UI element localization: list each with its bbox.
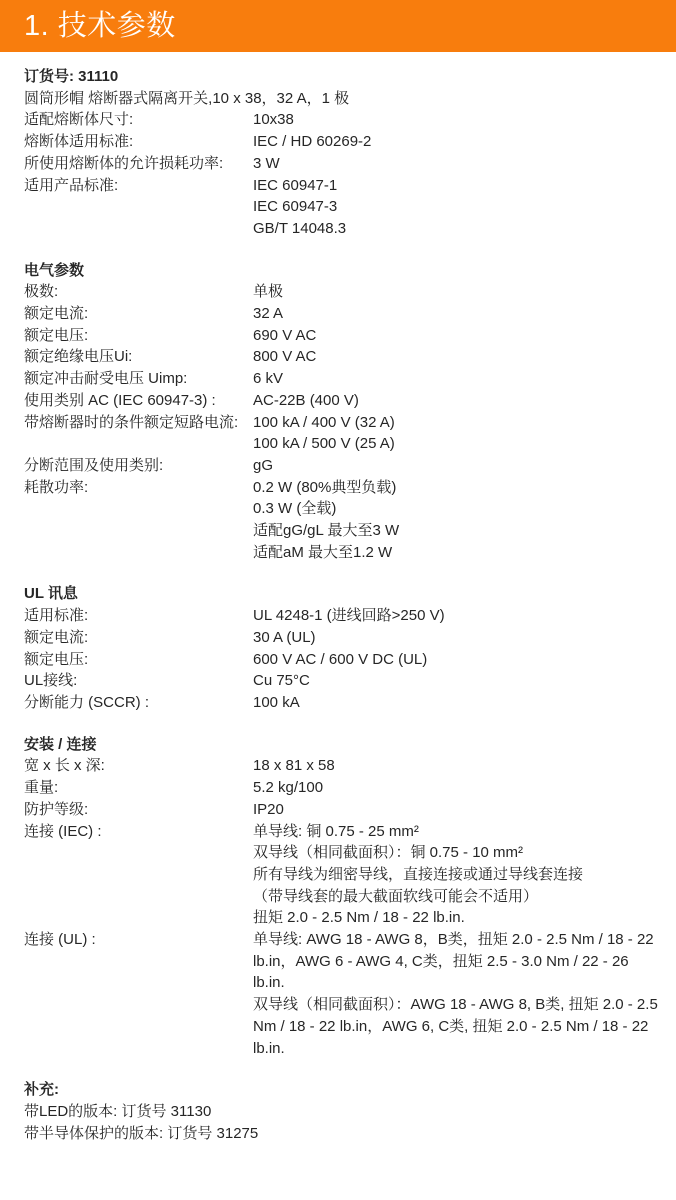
spec-label: 额定绝缘电压Ui: <box>24 346 253 368</box>
spec-row: 带熔断器时的条件额定短路电流:100 kA / 400 V (32 A)100 … <box>24 412 660 455</box>
spec-section-title: UL 讯息 <box>24 583 660 605</box>
spec-label: 额定电压: <box>24 649 253 671</box>
spec-value-line: 0.3 W (全载) <box>253 498 660 520</box>
spec-value: AC-22B (400 V) <box>253 390 660 412</box>
spec-value-line: IEC 60947-1 <box>253 175 660 197</box>
spec-value-line: 10x38 <box>253 109 660 131</box>
spec-row: 额定冲击耐受电压 Uimp:6 kV <box>24 368 660 390</box>
spec-row: 适用标准:UL 4248-1 (进线回路>250 V) <box>24 605 660 627</box>
spec-value: 30 A (UL) <box>253 627 660 649</box>
spec-label: 适用产品标准: <box>24 175 253 197</box>
spec-label: 额定冲击耐受电压 Uimp: <box>24 368 253 390</box>
spec-value-line: IEC 60947-3 <box>253 196 660 218</box>
spec-label: 额定电压: <box>24 325 253 347</box>
spec-value-line: 适配gG/gL 最大至3 W <box>253 520 660 542</box>
page-header-bar: 1. 技术参数 <box>0 0 676 52</box>
spec-label: 适配熔断体尺寸: <box>24 109 253 131</box>
spec-value: 800 V AC <box>253 346 660 368</box>
spec-value-line: 690 V AC <box>253 325 660 347</box>
spec-value-line: 32 A <box>253 303 660 325</box>
spec-value-line: 100 kA / 400 V (32 A) <box>253 412 660 434</box>
spec-row: 适用产品标准:IEC 60947-1IEC 60947-3GB/T 14048.… <box>24 175 660 240</box>
spec-label: 重量: <box>24 777 253 799</box>
spec-value: 单导线: 铜 0.75 - 25 mm²双导线（相同截面积）：铜 0.75 - … <box>253 821 660 930</box>
spec-value-line: 适配aM 最大至1.2 W <box>253 542 660 564</box>
page-title: 1. 技术参数 <box>24 12 176 41</box>
spec-value: 100 kA / 400 V (32 A)100 kA / 500 V (25 … <box>253 412 660 455</box>
spec-value: 600 V AC / 600 V DC (UL) <box>253 649 660 671</box>
spec-value-line: 3 W <box>253 153 660 175</box>
spec-section-title: 补充: <box>24 1079 660 1101</box>
spec-value: 32 A <box>253 303 660 325</box>
spec-value: 单导线: AWG 18 - AWG 8，B类，扭矩 2.0 - 2.5 Nm /… <box>253 929 660 1059</box>
spec-value: gG <box>253 455 660 477</box>
spec-label: 带熔断器时的条件额定短路电流: <box>24 412 253 434</box>
spec-label: 使用类别 AC (IEC 60947-3) : <box>24 390 253 412</box>
spec-value: IEC / HD 60269-2 <box>253 131 660 153</box>
spec-value-line: 30 A (UL) <box>253 627 660 649</box>
spec-label: 额定电流: <box>24 303 253 325</box>
spec-value-line: 800 V AC <box>253 346 660 368</box>
spec-value: IEC 60947-1IEC 60947-3GB/T 14048.3 <box>253 175 660 240</box>
spec-value-line: GB/T 14048.3 <box>253 218 660 240</box>
product-description: 圆筒形帽 熔断器式隔离开关,10 x 38，32 A，1 极 <box>24 88 660 110</box>
spec-value: 单极 <box>253 281 660 303</box>
spec-value-line: IEC / HD 60269-2 <box>253 131 660 153</box>
spec-row: 额定电压:690 V AC <box>24 325 660 347</box>
spec-row: 额定绝缘电压Ui:800 V AC <box>24 346 660 368</box>
spec-row: 使用类别 AC (IEC 60947-3) :AC-22B (400 V) <box>24 390 660 412</box>
spec-value-line: 单导线: 铜 0.75 - 25 mm² <box>253 821 660 843</box>
spec-content: 订货号: 31110 圆筒形帽 熔断器式隔离开关,10 x 38，32 A，1 … <box>0 52 676 1184</box>
spec-sections: 适配熔断体尺寸:10x38熔断体适用标准:IEC / HD 60269-2所使用… <box>24 109 660 1144</box>
spec-section-title: 安装 / 连接 <box>24 734 660 756</box>
spec-value-line: 双导线（相同截面积）：铜 0.75 - 10 mm² <box>253 842 660 864</box>
spec-row: 极数:单极 <box>24 281 660 303</box>
spec-row: 额定电流:30 A (UL) <box>24 627 660 649</box>
spec-value: 5.2 kg/100 <box>253 777 660 799</box>
spec-row: 分断能力 (SCCR) :100 kA <box>24 692 660 714</box>
spec-row: 熔断体适用标准:IEC / HD 60269-2 <box>24 131 660 153</box>
spec-value: IP20 <box>253 799 660 821</box>
spec-value: 18 x 81 x 58 <box>253 755 660 777</box>
spec-value-line: 100 kA / 500 V (25 A) <box>253 433 660 455</box>
spec-section-title: 电气参数 <box>24 260 660 282</box>
spec-label: 连接 (UL) : <box>24 929 253 951</box>
spec-row: 额定电流:32 A <box>24 303 660 325</box>
spec-label: 宽 x 长 x 深: <box>24 755 253 777</box>
spec-row: UL接线:Cu 75°C <box>24 670 660 692</box>
spec-row: 连接 (IEC) :单导线: 铜 0.75 - 25 mm²双导线（相同截面积）… <box>24 821 660 930</box>
spec-value-line: 所有导线为细密导线，直接连接或通过导线套连接 <box>253 864 660 886</box>
spec-value: 3 W <box>253 153 660 175</box>
spec-value-line: 6 kV <box>253 368 660 390</box>
spec-value-line: IP20 <box>253 799 660 821</box>
spec-value-line: 18 x 81 x 58 <box>253 755 660 777</box>
spec-value-line: Cu 75°C <box>253 670 660 692</box>
spec-section: 补充:带LED的版本: 订货号 31130带半导体保护的版本: 订货号 3127… <box>24 1079 660 1144</box>
spec-value-line: 单极 <box>253 281 660 303</box>
spec-value: Cu 75°C <box>253 670 660 692</box>
spec-label: 极数: <box>24 281 253 303</box>
spec-value: 100 kA <box>253 692 660 714</box>
spec-value-line: 双导线（相同截面积）：AWG 18 - AWG 8, B类, 扭矩 2.0 - … <box>253 994 660 1059</box>
spec-row: 连接 (UL) :单导线: AWG 18 - AWG 8，B类，扭矩 2.0 -… <box>24 929 660 1059</box>
spec-value-line: 5.2 kg/100 <box>253 777 660 799</box>
spec-label: 所使用熔断体的允许损耗功率: <box>24 153 253 175</box>
spec-value-line: UL 4248-1 (进线回路>250 V) <box>253 605 660 627</box>
spec-value-line: （带导线套的最大截面软线可能会不适用） <box>253 886 660 908</box>
spec-row: 重量:5.2 kg/100 <box>24 777 660 799</box>
spec-label: UL接线: <box>24 670 253 692</box>
spec-row: 防护等级:IP20 <box>24 799 660 821</box>
spec-row: 所使用熔断体的允许损耗功率:3 W <box>24 153 660 175</box>
spec-label: 适用标准: <box>24 605 253 627</box>
spec-value-line: 600 V AC / 600 V DC (UL) <box>253 649 660 671</box>
spec-label: 熔断体适用标准: <box>24 131 253 153</box>
spec-row: 耗散功率:0.2 W (80%典型负载)0.3 W (全载)适配gG/gL 最大… <box>24 477 660 564</box>
spec-value-line: 0.2 W (80%典型负载) <box>253 477 660 499</box>
spec-label: 连接 (IEC) : <box>24 821 253 843</box>
spec-label: 额定电流: <box>24 627 253 649</box>
spec-row: 额定电压:600 V AC / 600 V DC (UL) <box>24 649 660 671</box>
spec-value-line: 单导线: AWG 18 - AWG 8，B类，扭矩 2.0 - 2.5 Nm /… <box>253 929 660 994</box>
spec-section: 安装 / 连接宽 x 长 x 深:18 x 81 x 58重量:5.2 kg/1… <box>24 734 660 1060</box>
spec-section: UL 讯息适用标准:UL 4248-1 (进线回路>250 V)额定电流:30 … <box>24 583 660 713</box>
spec-line: 带LED的版本: 订货号 31130 <box>24 1101 660 1123</box>
spec-label: 防护等级: <box>24 799 253 821</box>
spec-line: 带半导体保护的版本: 订货号 31275 <box>24 1123 660 1145</box>
order-number: 订货号: 31110 <box>24 66 660 88</box>
spec-row: 分断范围及使用类别:gG <box>24 455 660 477</box>
spec-label: 分断范围及使用类别: <box>24 455 253 477</box>
spec-row: 适配熔断体尺寸:10x38 <box>24 109 660 131</box>
spec-value-line: AC-22B (400 V) <box>253 390 660 412</box>
spec-value: 690 V AC <box>253 325 660 347</box>
spec-value: 0.2 W (80%典型负载)0.3 W (全载)适配gG/gL 最大至3 W适… <box>253 477 660 564</box>
spec-section: 适配熔断体尺寸:10x38熔断体适用标准:IEC / HD 60269-2所使用… <box>24 109 660 239</box>
spec-label: 耗散功率: <box>24 477 253 499</box>
spec-value-line: 100 kA <box>253 692 660 714</box>
spec-value: 6 kV <box>253 368 660 390</box>
spec-value: 10x38 <box>253 109 660 131</box>
spec-label: 分断能力 (SCCR) : <box>24 692 253 714</box>
spec-value-line: 扭矩 2.0 - 2.5 Nm / 18 - 22 lb.in. <box>253 907 660 929</box>
spec-value-line: gG <box>253 455 660 477</box>
spec-section: 电气参数极数:单极额定电流:32 A额定电压:690 V AC额定绝缘电压Ui:… <box>24 260 660 564</box>
spec-value: UL 4248-1 (进线回路>250 V) <box>253 605 660 627</box>
spec-row: 宽 x 长 x 深:18 x 81 x 58 <box>24 755 660 777</box>
